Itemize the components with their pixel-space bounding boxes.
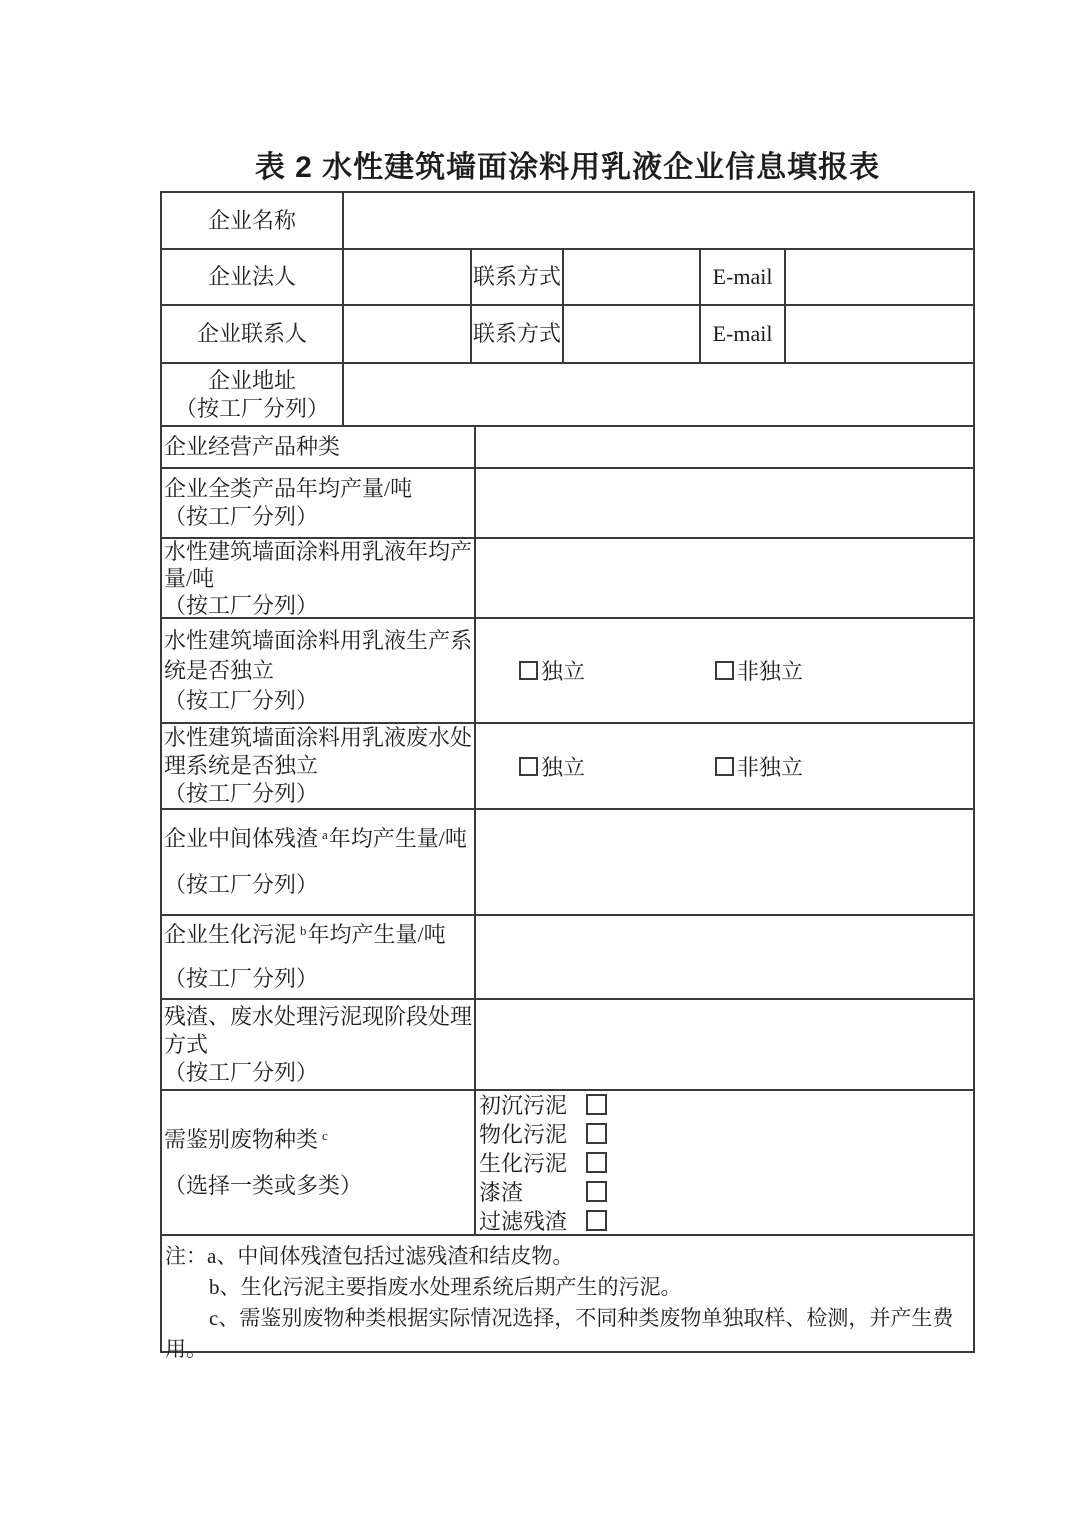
- total-output-label-note: （按工厂分列）: [164, 503, 474, 531]
- product-types-input[interactable]: [474, 427, 973, 467]
- footnotes-row: 注：a、中间体残渣包括过滤残渣和结皮物。 b、生化污泥主要指废水处理系统后期产生…: [162, 1234, 973, 1351]
- biochemical-sludge-label: 企业生化污泥b年均产生量/吨 （按工厂分列）: [162, 916, 474, 998]
- form-table: 企业名称 企业法人 联系方式 E-mail 企业联系人: [160, 191, 975, 1353]
- product-types-row: 企业经营产品种类: [162, 425, 973, 467]
- checkbox-primary-sludge[interactable]: [586, 1094, 607, 1115]
- wastewater-not-independent-option[interactable]: 非独立: [715, 751, 803, 782]
- legal-person-input[interactable]: [342, 250, 470, 304]
- treatment-method-label-note: （按工厂分列）: [164, 1059, 474, 1087]
- footnote-a: 注：a、中间体残渣包括过滤残渣和结皮物。: [165, 1241, 970, 1272]
- intermediate-residue-row: 企业中间体残渣a年均产生量/吨 （按工厂分列）: [162, 808, 973, 914]
- intermediate-residue-input[interactable]: [474, 810, 973, 914]
- waste-types-row: 需鉴别废物种类c （选择一类或多类） 初沉污泥 物化污泥 生化污泥: [162, 1089, 973, 1234]
- waste-types-label: 需鉴别废物种类c （选择一类或多类）: [162, 1091, 474, 1234]
- total-output-row: 企业全类产品年均产量/吨 （按工厂分列）: [162, 467, 973, 537]
- checkbox-biochemical-sludge[interactable]: [586, 1152, 607, 1173]
- waste-type-option-filter-residue: 过滤残渣: [479, 1206, 973, 1235]
- waste-type-option-physicochemical-sludge: 物化污泥: [479, 1119, 973, 1148]
- waste-type-option-biochemical-sludge: 生化污泥: [479, 1148, 973, 1177]
- treatment-method-input[interactable]: [474, 1000, 973, 1089]
- production-system-options: 独立 非独立: [474, 619, 973, 722]
- production-independent-option[interactable]: 独立: [519, 655, 585, 686]
- contact-person-email-label: E-mail: [699, 306, 784, 362]
- wastewater-system-label: 水性建筑墙面涂料用乳液废水处 理系统是否独立 （按工厂分列）: [162, 724, 474, 808]
- waste-types-label-note: （选择一类或多类）: [164, 1173, 474, 1199]
- document-page: 表 2 水性建筑墙面涂料用乳液企业信息填报表 企业名称 企业法人 联系方式 E-…: [0, 0, 1080, 1527]
- production-not-independent-option[interactable]: 非独立: [715, 655, 803, 686]
- address-row: 企业地址 （按工厂分列）: [162, 362, 973, 425]
- waste-type-option-paint-residue: 漆渣: [479, 1177, 973, 1206]
- waste-type-options: 初沉污泥 物化污泥 生化污泥 漆渣 过滤残渣: [474, 1091, 973, 1234]
- biochemical-sludge-input[interactable]: [474, 916, 973, 998]
- production-system-label-note: （按工厂分列）: [164, 686, 474, 716]
- legal-person-row: 企业法人 联系方式 E-mail: [162, 248, 973, 304]
- emulsion-output-input[interactable]: [474, 539, 973, 617]
- waste-type-option-primary-sludge: 初沉污泥: [479, 1090, 973, 1119]
- checkbox-physicochemical-sludge[interactable]: [586, 1123, 607, 1144]
- address-label-note: （按工厂分列）: [175, 395, 329, 423]
- wastewater-system-label-note: （按工厂分列）: [164, 780, 474, 808]
- address-input[interactable]: [342, 364, 973, 425]
- treatment-method-label: 残渣、废水处理污泥现阶段处理 方式 （按工厂分列）: [162, 1000, 474, 1089]
- contact-person-label: 企业联系人: [162, 306, 342, 362]
- intermediate-residue-label-note: （按工厂分列）: [164, 872, 474, 898]
- superscript-c: c: [322, 1128, 328, 1143]
- emulsion-output-row: 水性建筑墙面涂料用乳液年均产 量/吨 （按工厂分列）: [162, 537, 973, 617]
- address-label: 企业地址 （按工厂分列）: [162, 364, 342, 425]
- intermediate-residue-label: 企业中间体残渣a年均产生量/吨 （按工厂分列）: [162, 810, 474, 914]
- checkbox-production-independent[interactable]: [519, 661, 538, 680]
- checkbox-wastewater-independent[interactable]: [519, 757, 538, 776]
- biochemical-sludge-row: 企业生化污泥b年均产生量/吨 （按工厂分列）: [162, 914, 973, 998]
- biochemical-sludge-label-note: （按工厂分列）: [164, 966, 474, 992]
- superscript-b: b: [300, 923, 307, 938]
- total-output-label: 企业全类产品年均产量/吨 （按工厂分列）: [162, 469, 474, 537]
- checkbox-wastewater-not-independent[interactable]: [715, 757, 734, 776]
- legal-person-email-label: E-mail: [699, 250, 784, 304]
- contact-person-row: 企业联系人 联系方式 E-mail: [162, 304, 973, 362]
- form-title: 表 2 水性建筑墙面涂料用乳液企业信息填报表: [160, 142, 975, 186]
- checkbox-production-not-independent[interactable]: [715, 661, 734, 680]
- legal-person-email-input[interactable]: [784, 250, 973, 304]
- checkbox-paint-residue[interactable]: [586, 1181, 607, 1202]
- production-system-row: 水性建筑墙面涂料用乳液生产系 统是否独立 （按工厂分列） 独立 非独立: [162, 617, 973, 722]
- contact-person-email-input[interactable]: [784, 306, 973, 362]
- footnote-b: b、生化污泥主要指废水处理系统后期产生的污泥。: [165, 1272, 970, 1303]
- wastewater-independent-option[interactable]: 独立: [519, 751, 585, 782]
- production-system-label: 水性建筑墙面涂料用乳液生产系 统是否独立 （按工厂分列）: [162, 619, 474, 722]
- total-output-input[interactable]: [474, 469, 973, 537]
- treatment-method-row: 残渣、废水处理污泥现阶段处理 方式 （按工厂分列）: [162, 998, 973, 1089]
- footnotes: 注：a、中间体残渣包括过滤残渣和结皮物。 b、生化污泥主要指废水处理系统后期产生…: [162, 1236, 973, 1365]
- wastewater-system-row: 水性建筑墙面涂料用乳液废水处 理系统是否独立 （按工厂分列） 独立 非独立: [162, 722, 973, 808]
- emulsion-output-label-note: （按工厂分列）: [164, 592, 474, 619]
- contact-person-input[interactable]: [342, 306, 470, 362]
- product-types-label: 企业经营产品种类: [162, 427, 474, 467]
- footnote-c: c、需鉴别废物种类根据实际情况选择，不同种类废物单独取样、检测，并产生费用。: [165, 1303, 970, 1365]
- legal-person-contact-label: 联系方式: [470, 250, 562, 304]
- checkbox-filter-residue[interactable]: [586, 1210, 607, 1231]
- emulsion-output-label: 水性建筑墙面涂料用乳液年均产 量/吨 （按工厂分列）: [162, 539, 474, 617]
- company-name-row: 企业名称: [162, 193, 973, 248]
- company-name-input[interactable]: [342, 193, 973, 248]
- legal-person-label: 企业法人: [162, 250, 342, 304]
- company-name-label: 企业名称: [162, 193, 342, 248]
- wastewater-system-options: 独立 非独立: [474, 724, 973, 808]
- legal-person-contact-input[interactable]: [562, 250, 699, 304]
- contact-person-contact-label: 联系方式: [470, 306, 562, 362]
- contact-person-contact-input[interactable]: [562, 306, 699, 362]
- superscript-a: a: [322, 827, 328, 842]
